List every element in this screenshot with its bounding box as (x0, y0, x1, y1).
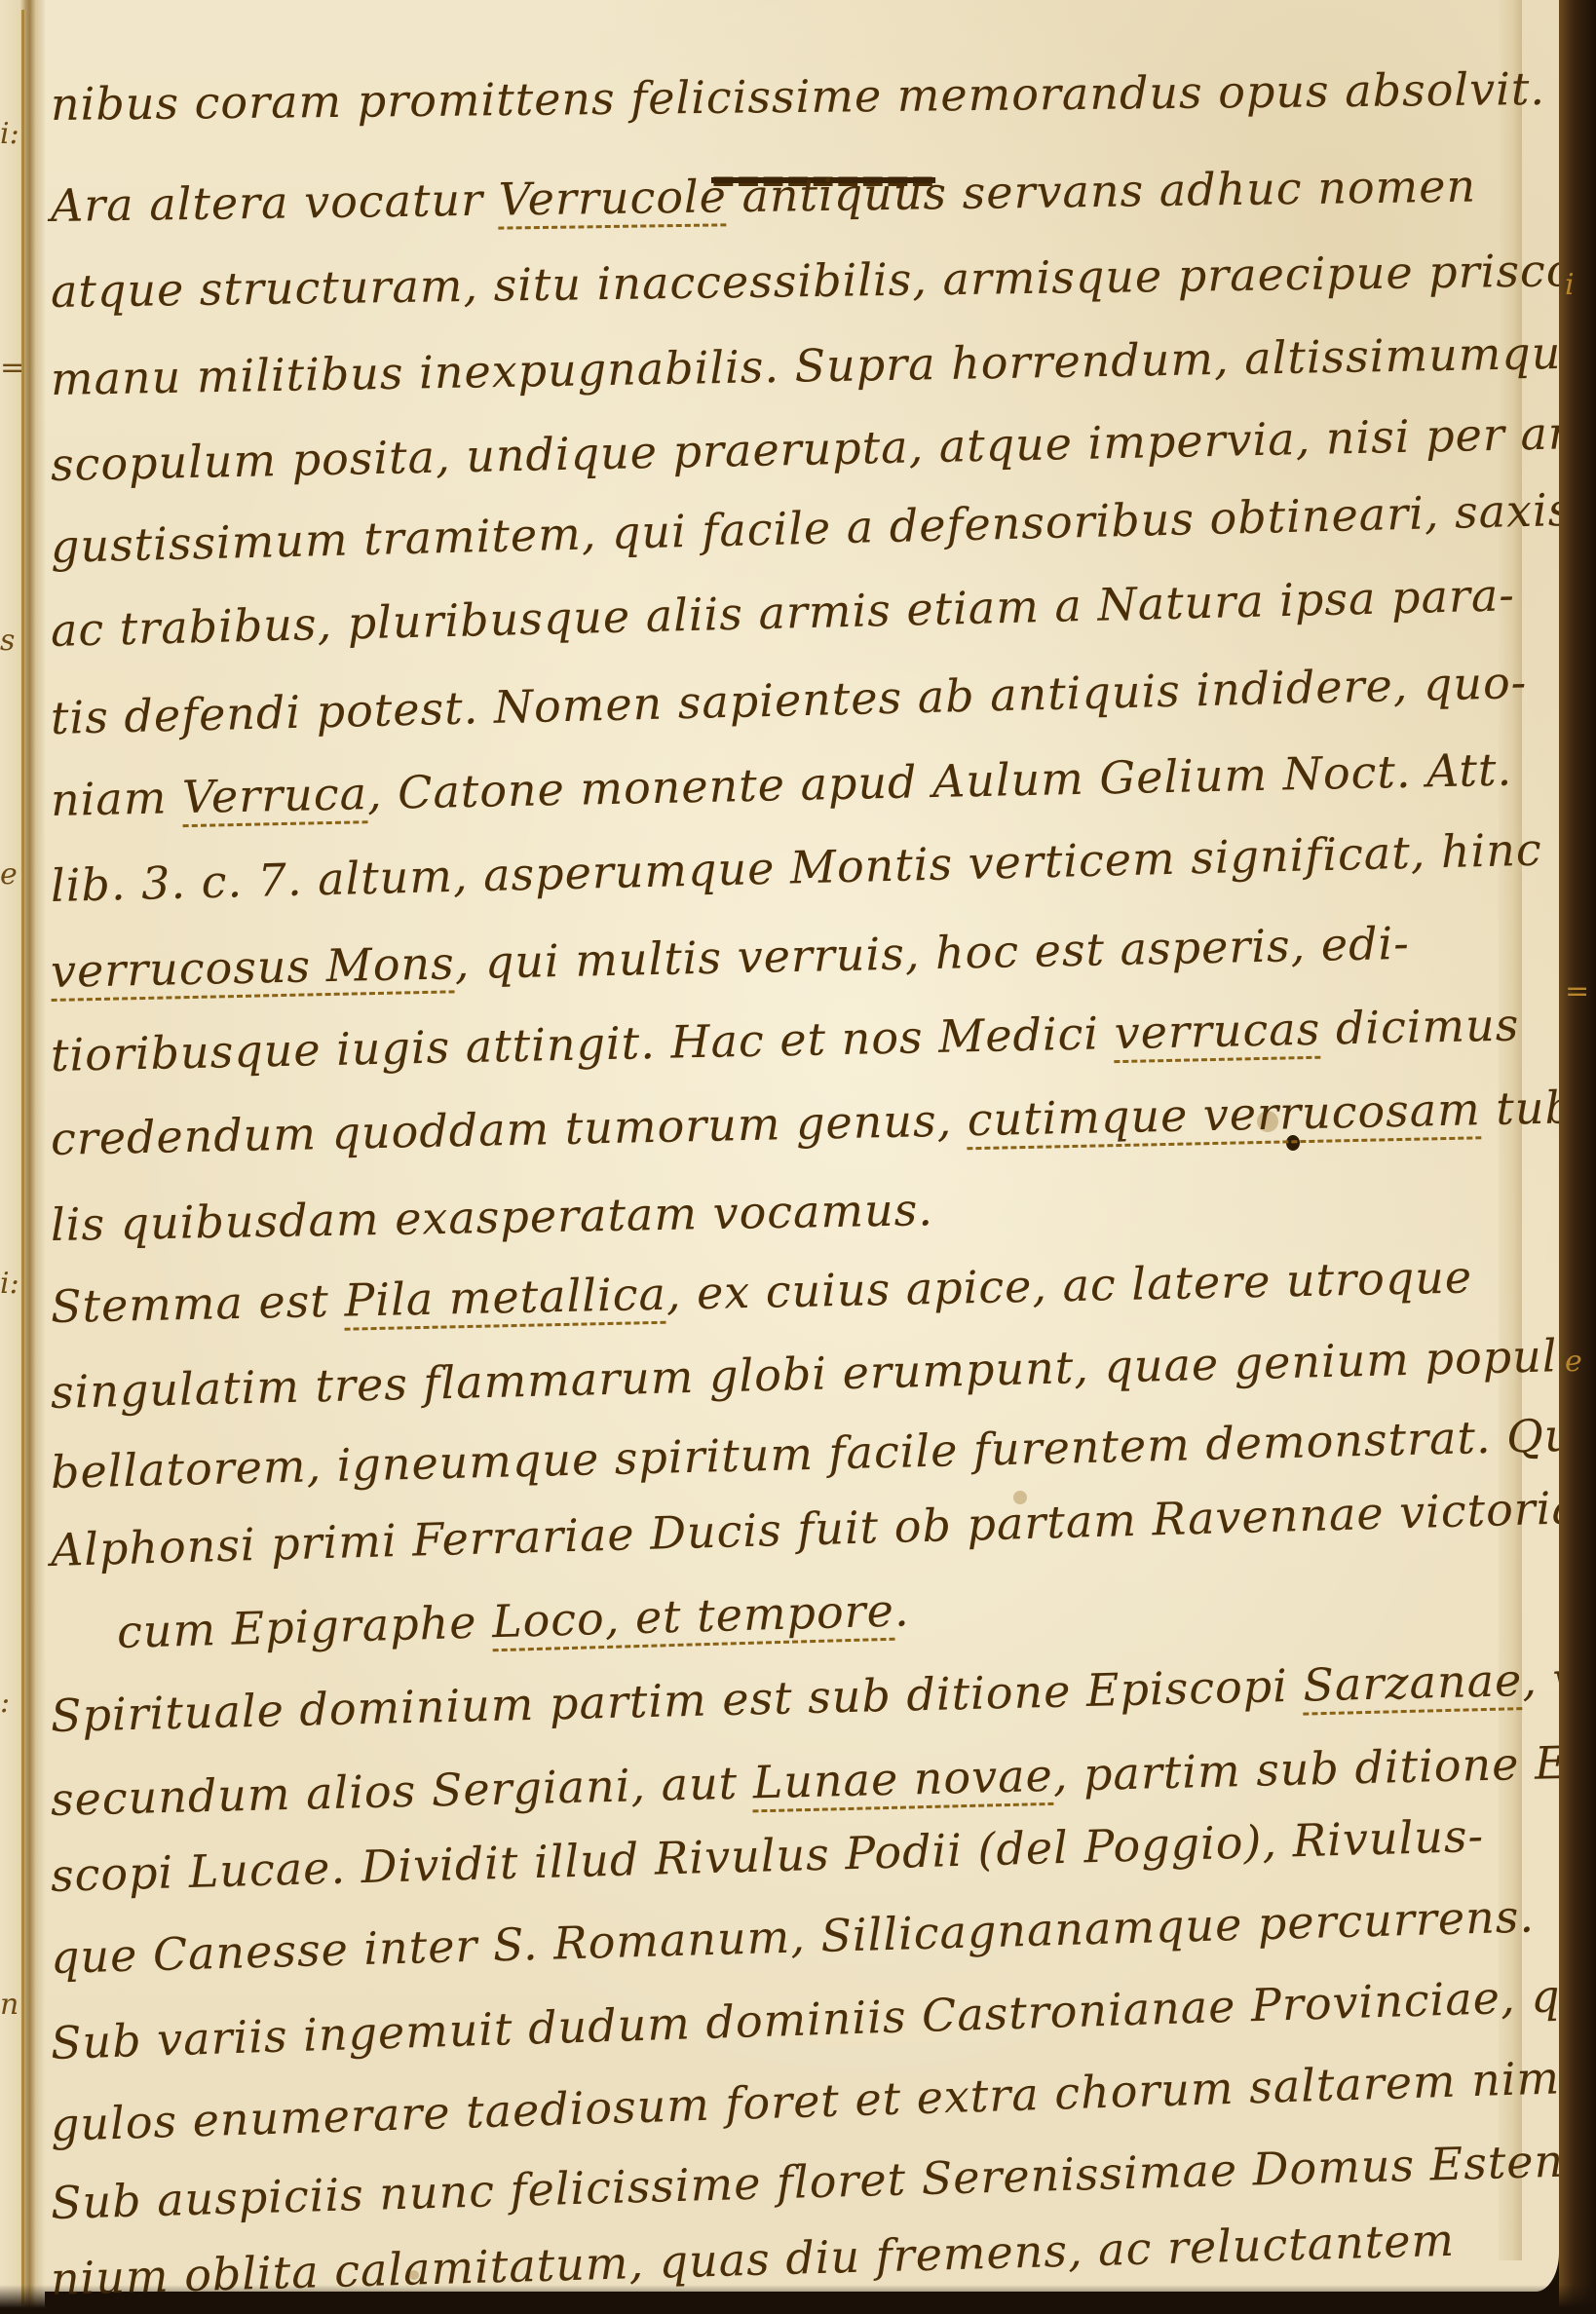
left-margin-fragment: n (0, 1988, 19, 2022)
line-text: credendum quoddam tumorum genus, (50, 1093, 968, 1165)
manuscript-line: atque structuram, situ inaccessibilis, a… (51, 245, 1492, 318)
line-text: dicimus (1320, 998, 1520, 1054)
right-margin-fragment: = (1565, 974, 1589, 1008)
manuscript-line: bellatorem, igneumque spiritum facile fu… (50, 1411, 1491, 1498)
line-text: secundum alios Sergiani, aut (50, 1756, 753, 1826)
manuscript-line: scopulum posita, undique praerupta, atqu… (50, 408, 1491, 491)
left-margin-fragment: : (0, 1686, 10, 1720)
manuscript-line: cum Epigraphe Loco, et tempore. (116, 1568, 1491, 1658)
line-text: Ara altera vocatur (51, 173, 499, 232)
underlined-word: Verruca (181, 767, 367, 823)
underlined-word: verrucas (1114, 1003, 1321, 1059)
manuscript-line: niam Verruca, Catone monente apud Aulum … (50, 743, 1491, 826)
manuscript-line: scopi Lucae. Dividit illud Rivulus Podii… (50, 1809, 1491, 1902)
binding-gutter: i: = s e i: : n (0, 0, 45, 2314)
line-text: Stemma est (50, 1274, 345, 1333)
manuscript-line: lis quibusdam exasperatam vocamus. (51, 1173, 1492, 1251)
left-margin-fragment: s (0, 624, 15, 658)
line-text: , qui multis verruis, hoc est asperis, e… (454, 917, 1410, 990)
underlined-word: Verrucole (498, 170, 727, 225)
manuscript-line: lib. 3. c. 7. altum, asperumque Montis v… (50, 824, 1491, 912)
underlined-word: cutimque verrucosam (967, 1082, 1481, 1146)
underlined-word: verrucosus Mons (50, 936, 455, 998)
manuscript-line: Sub auspiciis nunc felicissime floret Se… (50, 2137, 1491, 2229)
left-margin-fragment: = (0, 351, 24, 385)
manuscript-line: Spirituale dominium partim est sub ditio… (50, 1654, 1491, 1742)
manuscript-line: Ara altera vocatur Verrucole antiquus se… (51, 159, 1492, 232)
line-text: . (893, 1583, 910, 1636)
manuscript-line: gulos enumerare taediosum foret et extra… (50, 2054, 1491, 2151)
manuscript-line: manu militibus inexpugnabilis. Supra hor… (51, 327, 1492, 405)
line-text: Spirituale dominium partim est sub ditio… (50, 1659, 1304, 1742)
line-text: antiquus servans adhuc nomen (727, 160, 1477, 223)
manuscript-line: secundum alios Sergiani, aut Lunae novae… (50, 1738, 1491, 1826)
underlined-word: Sarzanae (1303, 1653, 1523, 1711)
bottom-shadow (0, 2285, 1596, 2314)
right-margin-fragment: i (1565, 268, 1575, 302)
manuscript-line: tioribusque iugis attingit. Hac et nos M… (50, 999, 1491, 1081)
manuscript-line: Alphonsi primi Ferrariae Ducis fuit ob p… (50, 1484, 1491, 1576)
manuscript-line: singulatim tres flammarum globi erumpunt… (50, 1331, 1491, 1419)
left-margin-fragment: i: (0, 1267, 19, 1301)
manuscript-line: nibus coram promittens felicissime memor… (51, 63, 1491, 131)
manuscript-line: tis defendi potest. Nomen sapientes ab a… (50, 657, 1491, 744)
underlined-word: Lunae novae (752, 1749, 1053, 1809)
right-margin-fragment: e (1565, 1345, 1582, 1379)
manuscript-line: que Canesse inter S. Romanum, Sillicagna… (50, 1891, 1491, 1984)
left-margin-fragment: e (0, 857, 18, 891)
page-background-edge: i = e (1559, 0, 1596, 2314)
manuscript-line: Sub variis ingemuit dudum dominiis Castr… (50, 1972, 1491, 2069)
manuscript-line: credendum quoddam tumorum genus, cutimqu… (50, 1082, 1491, 1165)
manuscript-line: Stemma est Pila metallica, ex cuius apic… (50, 1250, 1491, 1333)
line-text: tioribusque iugis attingit. Hac et nos M… (50, 1006, 1115, 1081)
line-text: niam (50, 771, 182, 826)
left-margin-fragment: i: (0, 117, 19, 151)
manuscript-line: verrucosus Mons, qui multis verruis, hoc… (50, 915, 1491, 998)
manuscript-page: i: = s e i: : n nibus coram promittens f… (0, 0, 1559, 2292)
line-text: cum Epigraphe (116, 1595, 493, 1658)
line-text: , Catone monente apud Aulum Gelium Noct.… (366, 743, 1512, 820)
manuscript-line: ac trabibus, pluribusque aliis armis eti… (50, 569, 1491, 657)
underlined-word: Pila metallica (344, 1268, 667, 1327)
manuscript-line: gustissimum tramitem, qui facile a defen… (50, 485, 1491, 573)
underlined-word: Loco, et tempore (491, 1584, 894, 1649)
line-text: , ex cuius apice, ac latere utroque (665, 1250, 1472, 1319)
